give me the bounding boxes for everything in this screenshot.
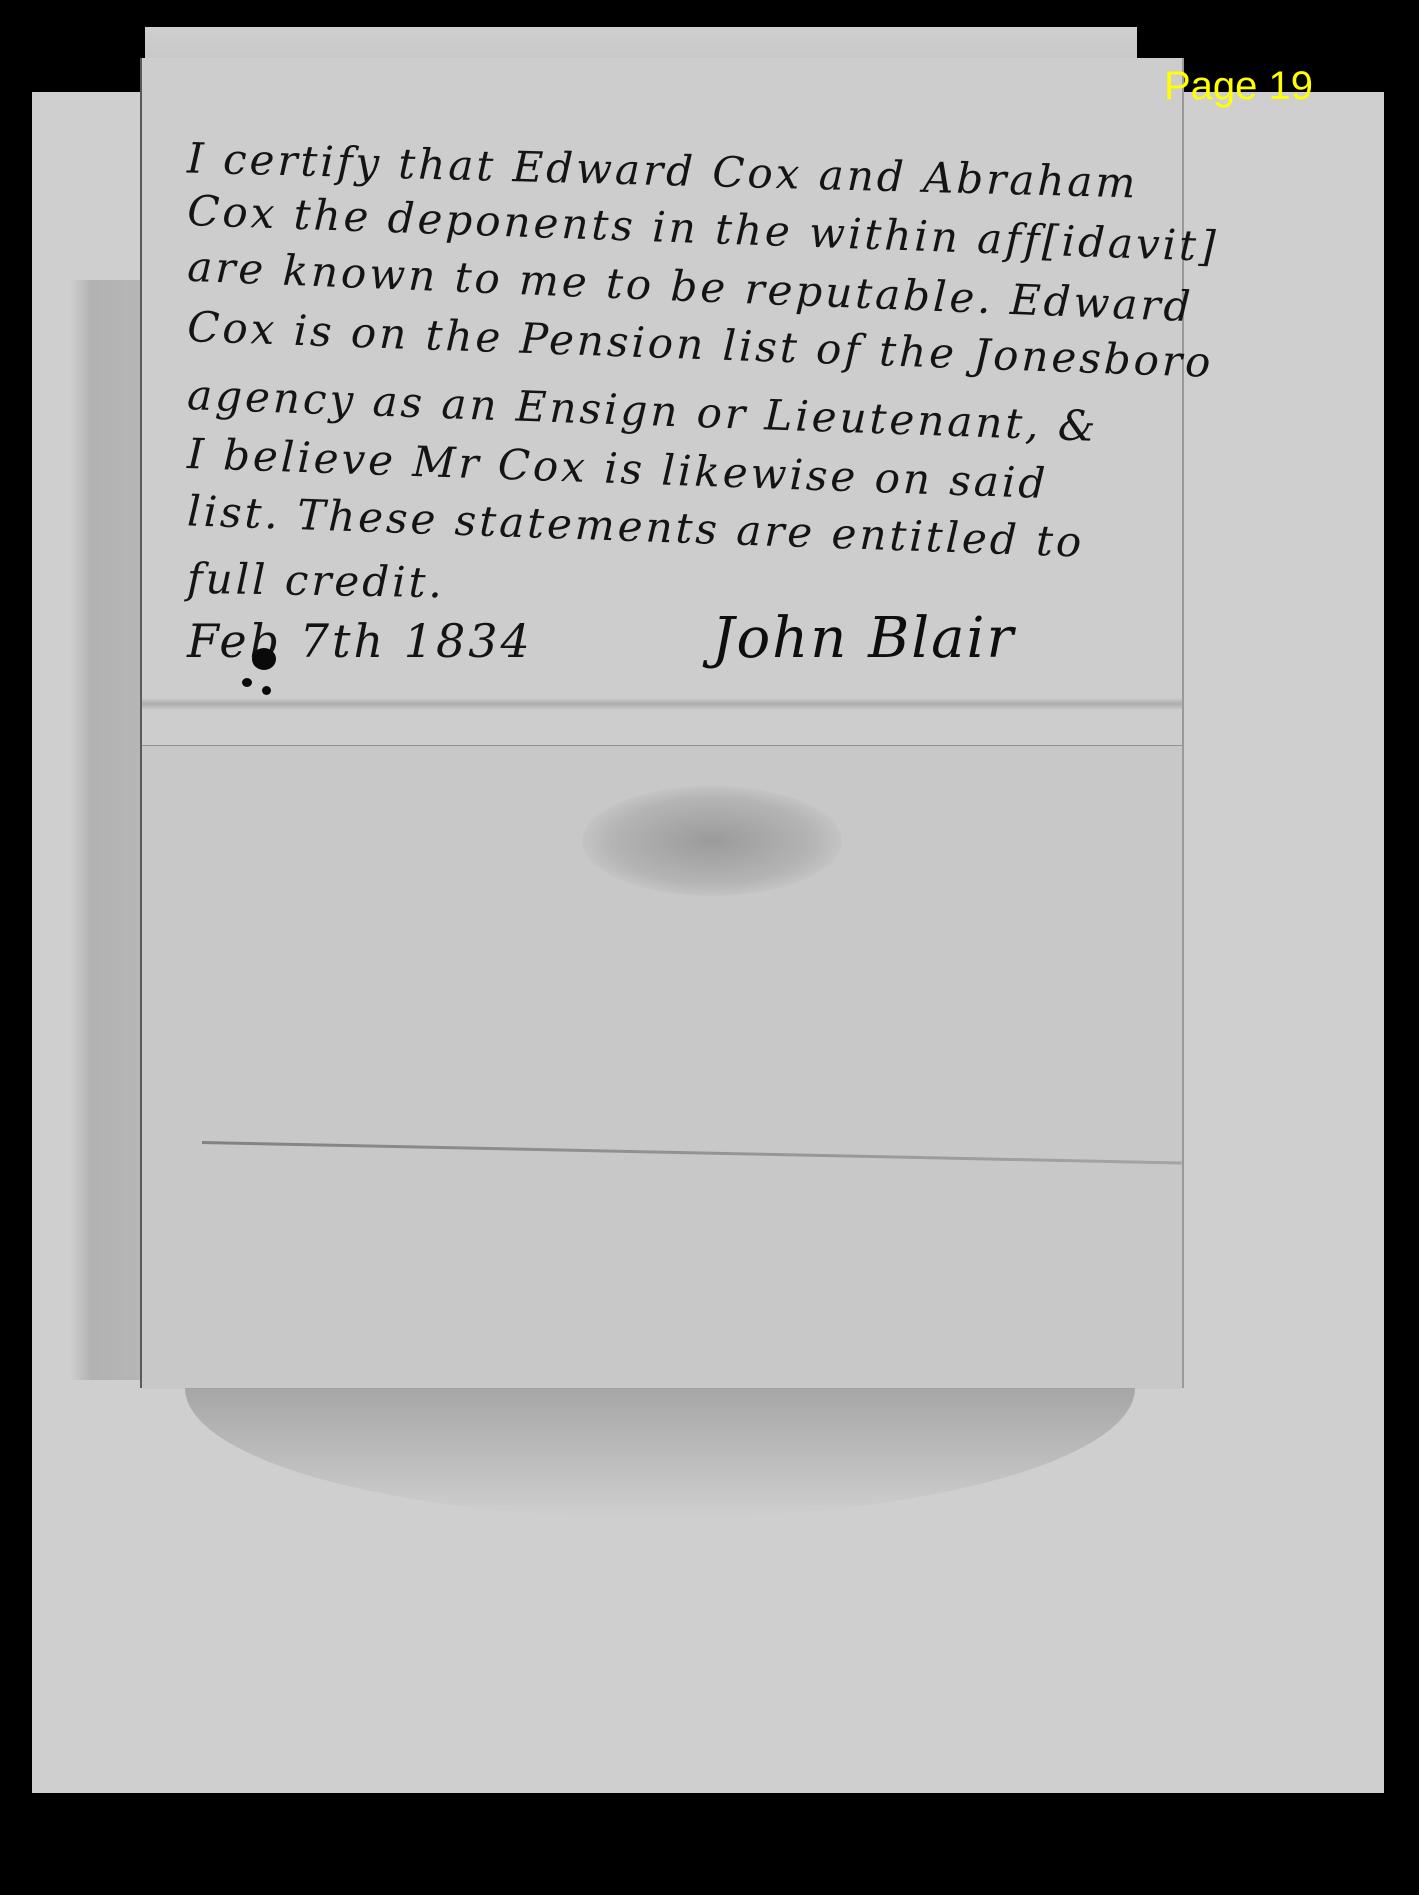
ink-blot (262, 686, 271, 695)
fold-line-lower (202, 1141, 1182, 1165)
ink-blot (242, 678, 252, 687)
ink-stain (582, 786, 842, 896)
signature: John Blair (712, 606, 1015, 671)
text-line-8: full credit. (187, 558, 446, 604)
ink-blot (252, 648, 276, 670)
date: Feb 7th 1834 (187, 618, 533, 664)
fold-line-upper (142, 698, 1182, 710)
spine-shadow (70, 280, 140, 1380)
page-number-label: Page 19 (1164, 66, 1313, 106)
front-page: I certify that Edward Cox and Abraham Co… (140, 58, 1184, 1388)
